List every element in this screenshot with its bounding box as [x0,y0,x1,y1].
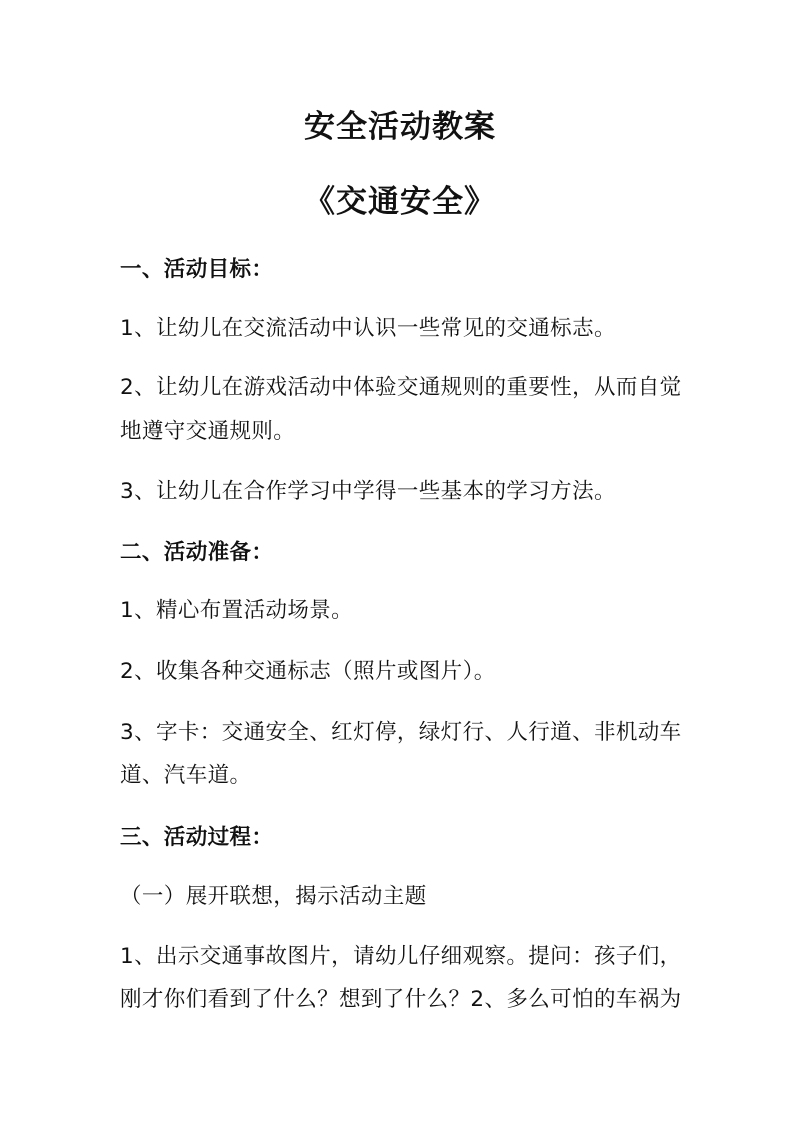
paragraph-line: 1、出示交通事故图片，请幼儿仔细观察。提问：孩子们， [120,943,682,971]
paragraph-line: 2、让幼儿在游戏活动中体验交通规则的重要性，从而自觉 [120,374,682,402]
document-subtitle: 《交通安全》 [0,182,800,222]
paragraph-line: 1、让幼儿在交流活动中认识一些常见的交通标志。 [120,315,616,343]
paragraph-line: 3、让幼儿在合作学习中学得一些基本的学习方法。 [120,478,616,506]
paragraph-line: 2、收集各种交通标志（照片或图片）。 [120,658,496,686]
section-heading-process: 三、活动过程： [120,824,273,852]
paragraph-line: 地遵守交通规则。 [120,418,295,446]
paragraph-line: 刚才你们看到了什么？想到了什么？2、多么可怕的车祸为 [120,986,682,1014]
subsection-heading: （一）展开联想，揭示活动主题 [120,883,427,911]
section-heading-preparation: 二、活动准备： [120,539,273,567]
document-title: 安全活动教案 [0,107,800,147]
paragraph-line: 1、精心布置活动场景。 [120,597,353,625]
paragraph-line: 3、字卡：交通安全、红灯停，绿灯行、人行道、非机动车 [120,719,682,747]
paragraph-line: 道、汽车道。 [120,762,251,790]
section-heading-goals: 一、活动目标： [120,256,273,284]
